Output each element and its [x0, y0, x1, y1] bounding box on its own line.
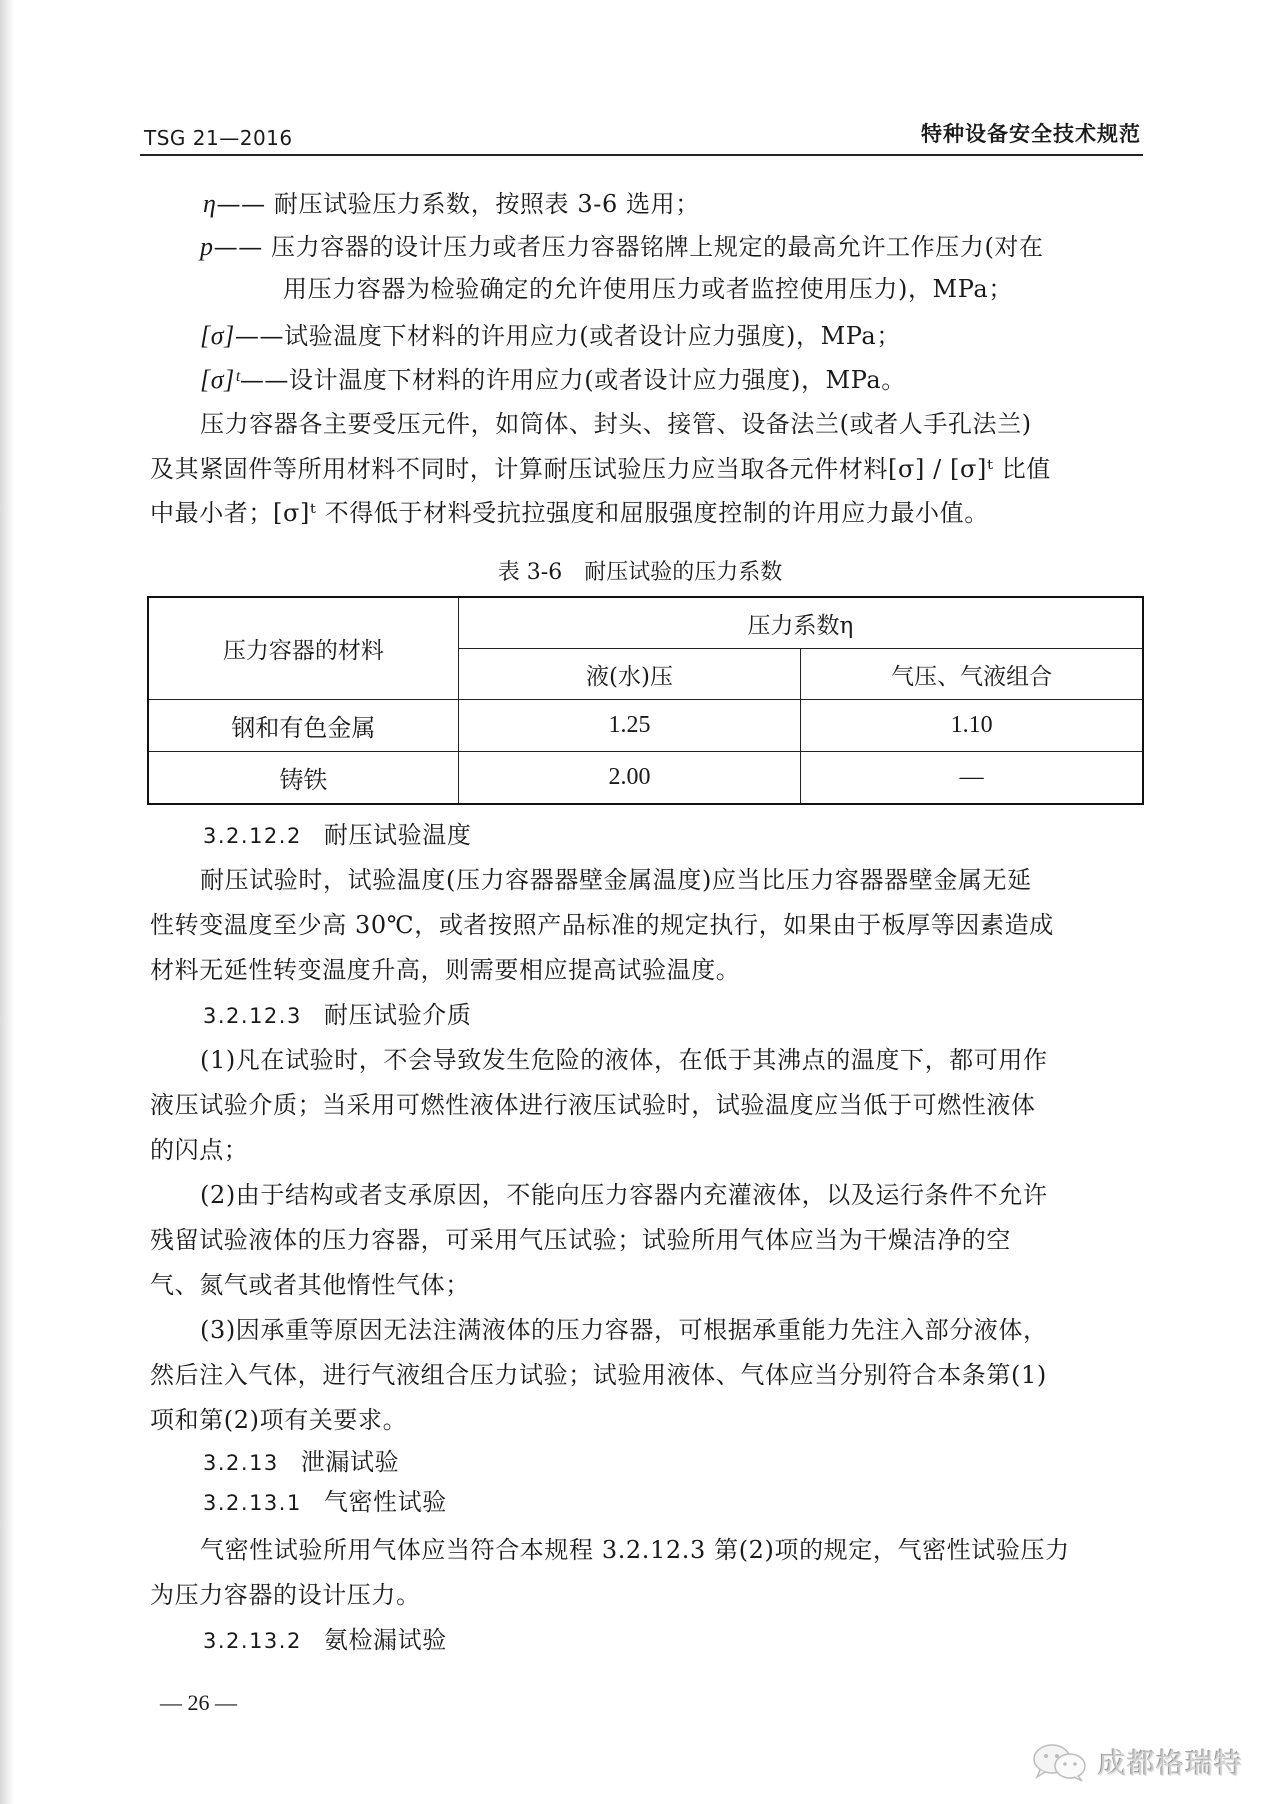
paragraph-line: 性转变温度至少高 30℃，或者按照产品标准的规定执行，如果由于板厚等因素造成 [150, 910, 1054, 940]
paragraph-line: 项和第(2)项有关要求。 [150, 1405, 407, 1435]
definition-eta: η—— 耐压试验压力系数，按照表 3-6 选用； [203, 189, 700, 219]
cell-gas: — [801, 752, 1143, 805]
doc-code: TSG 21—2016 [144, 126, 293, 150]
table-row: 铸铁 2.00 — [148, 752, 1143, 805]
pressure-coefficient-table: 压力容器的材料 压力系数η 液(水)压 气压、气液组合 钢和有色金属 1.25 … [147, 596, 1144, 805]
cell-liquid: 2.00 [458, 752, 800, 805]
section-heading-3-2-12-3: 3.2.12.3耐压试验介质 [203, 1000, 471, 1031]
definition-p: p—— 压力容器的设计压力或者压力容器铭牌上规定的最高允许工作压力(对在 [200, 232, 1044, 262]
symbol-p: p [200, 232, 214, 261]
header-gas: 气压、气液组合 [801, 649, 1143, 700]
paragraph-line: (1)凡在试验时，不会导致发生危险的液体，在低于其沸点的温度下，都可用作 [200, 1045, 1048, 1075]
table-number: 表 3-6 [498, 560, 562, 585]
paragraph-line: (3)因承重等原因无法注满液体的压力容器，可根据承重能力先注入部分液体， [200, 1315, 1048, 1345]
paragraph-line: 残留试验液体的压力容器，可采用气压试验；试验所用气体应当为干燥洁净的空 [150, 1225, 1011, 1255]
paragraph-line: 压力容器各主要受压元件，如筒体、封头、接管、设备法兰(或者人手孔法兰) [200, 409, 1032, 439]
header-coefficient-group: 压力系数η [458, 597, 1143, 649]
watermark: 成都格瑞特 [1030, 1742, 1243, 1782]
paragraph-line: 中最小者；[σ]ᵗ 不得低于材料受抗拉强度和屈服强度控制的许用应力最小值。 [150, 498, 989, 528]
definition-sigma-t: [σ]ᵗ——设计温度下材料的许用应力(或者设计应力强度)，MPa。 [200, 365, 906, 395]
paragraph-line: 气密性试验所用气体应当符合本规程 3.2.12.3 第(2)项的规定，气密性试验… [200, 1535, 1070, 1565]
paragraph-line: 及其紧固件等所用材料不同时，计算耐压试验压力应当取各元件材料[σ] / [σ]ᵗ… [150, 454, 1051, 484]
paragraph-line: (2)由于结构或者支承原因，不能向压力容器内充灌液体，以及运行条件不允许 [200, 1180, 1048, 1210]
header-liquid: 液(水)压 [458, 649, 800, 700]
definition-p-continued: 用压力容器为检验确定的允许使用压力或者监控使用压力)，MPa； [283, 274, 1013, 304]
cell-material: 铸铁 [148, 752, 458, 805]
table-title: 耐压试验的压力系数 [584, 560, 782, 585]
header-material: 压力容器的材料 [148, 597, 458, 700]
paragraph-line: 材料无延性转变温度升高，则需要相应提高试验温度。 [150, 955, 740, 985]
table-row: 钢和有色金属 1.25 1.10 [148, 700, 1143, 752]
wechat-icon [1030, 1742, 1092, 1782]
symbol-eta: η [203, 189, 217, 218]
paragraph-line: 液压试验介质；当采用可燃性液体进行液压试验时，试验温度应当低于可燃性液体 [150, 1090, 1036, 1120]
page-header: TSG 21—2016 特种设备安全技术规范 [140, 108, 1143, 156]
symbol-sigma-t: [σ]ᵗ [200, 365, 240, 394]
cell-gas: 1.10 [801, 700, 1143, 752]
table-header-row: 压力容器的材料 压力系数η [148, 597, 1143, 649]
definition-sigma: [σ]——试验温度下材料的许用应力(或者设计应力强度)，MPa； [200, 321, 901, 351]
section-heading-3-2-13: 3.2.13泄漏试验 [203, 1447, 399, 1478]
page-number: — 26 — [160, 1690, 237, 1716]
paragraph-line: 为压力容器的设计压力。 [150, 1580, 421, 1610]
section-heading-3-2-13-2: 3.2.13.2氨检漏试验 [203, 1625, 447, 1656]
watermark-text: 成都格瑞特 [1098, 1742, 1243, 1782]
symbol-sigma: [σ] [200, 321, 235, 350]
section-heading-3-2-13-1: 3.2.13.1气密性试验 [203, 1487, 447, 1518]
paragraph-line: 耐压试验时，试验温度(压力容器器壁金属温度)应当比压力容器器壁金属无延 [200, 865, 1032, 895]
table-caption: 表 3-6耐压试验的压力系数 [0, 555, 1280, 586]
scan-binding-shadow [0, 0, 14, 1804]
paragraph-line: 气、氮气或者其他惰性气体； [150, 1270, 470, 1300]
section-heading-3-2-12-2: 3.2.12.2耐压试验温度 [203, 820, 471, 851]
cell-material: 钢和有色金属 [148, 700, 458, 752]
cell-liquid: 1.25 [458, 700, 800, 752]
paragraph-line: 的闪点； [150, 1135, 248, 1165]
paragraph-line: 然后注入气体，进行气液组合压力试验；试验用液体、气体应当分别符合本条第(1) [150, 1360, 1047, 1390]
series-title: 特种设备安全技术规范 [921, 118, 1141, 148]
